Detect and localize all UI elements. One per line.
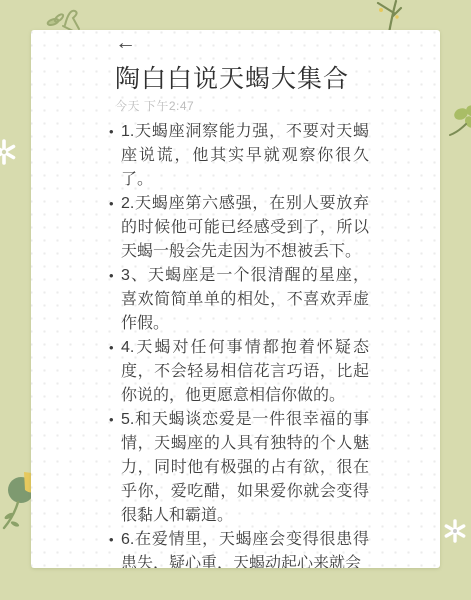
notes-app-screen: { "colors": { "background": "#d7dbae", "… <box>0 0 471 600</box>
list-item: 4.天蝎对任何事情都抱着怀疑态度，不会轻易相信花言巧语，比起你说的，他更愿意相信… <box>111 336 369 408</box>
back-arrow-icon[interactable]: ← <box>115 33 136 53</box>
list-item: 3、天蝎座是一个很清醒的星座，喜欢简简单单的相处，不喜欢弄虚作假。 <box>111 264 369 336</box>
list-item: 1.天蝎座洞察能力强，不要对天蝎座说谎，他其实早就观察你很久了。 <box>111 120 369 192</box>
white-flower-right-icon <box>442 518 468 544</box>
note-timestamp: 今天 下午2:47 <box>115 98 430 114</box>
list-item: 5.和天蝎谈恋爱是一件很幸福的事情，天蝎座的人具有独特的个人魅力，同时他有极强的… <box>111 408 369 528</box>
list-item: 6.在爱情里，天蝎座会变得很患得患失，疑心重，天蝎动起心来就会 <box>111 528 369 568</box>
note-card: ← 陶白白说天蝎大集合 今天 下午2:47 1.天蝎座洞察能力强，不要对天蝎座说… <box>31 30 440 568</box>
list-item: 2.天蝎座第六感强，在别人要放弃的时候他可能已经感受到了，所以天蝎一般会先走因为… <box>111 192 369 264</box>
clover-doodle-icon <box>448 104 471 146</box>
note-title: 陶白白说天蝎大集合 <box>115 63 430 95</box>
note-list: 1.天蝎座洞察能力强，不要对天蝎座说谎，他其实早就观察你很久了。 2.天蝎座第六… <box>111 120 369 568</box>
note-content: ← 陶白白说天蝎大集合 今天 下午2:47 1.天蝎座洞察能力强，不要对天蝎座说… <box>31 30 440 568</box>
white-flower-left-icon <box>0 138 18 166</box>
